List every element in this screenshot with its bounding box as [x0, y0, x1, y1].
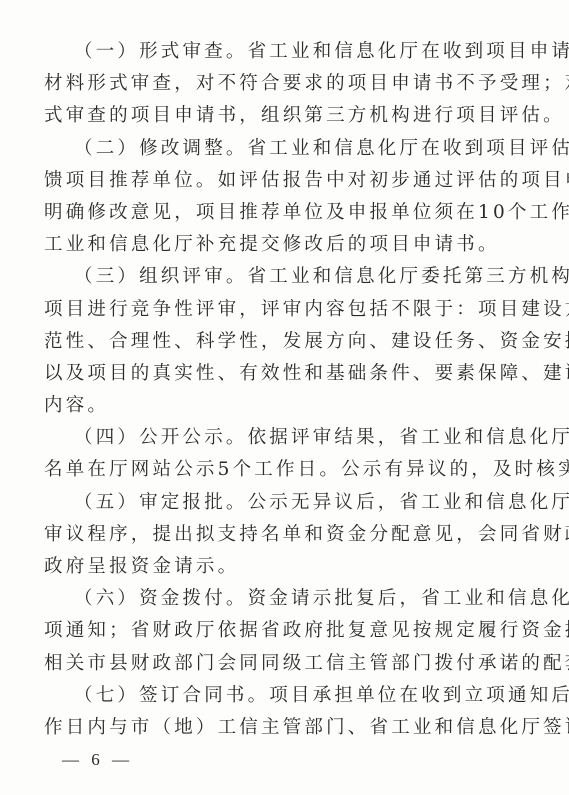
- paragraph-2-line: 工业和信息化厅补充提交修改后的项目申请书。: [44, 229, 510, 261]
- document-body: （一）形式审查。省工业和信息化厅在收到项目申请书后进行 材料形式审查，对不符合要…: [44, 36, 510, 744]
- paragraph-5-line: 政府呈报资金请示。: [44, 551, 510, 583]
- paragraph-2-heading-line: （二）修改调整。省工业和信息化厅在收到项目评估意见后反: [44, 133, 510, 165]
- paragraph-3-line: 项目进行竞争性评审，评审内容包括不限于：项目建设方案的规: [44, 294, 510, 326]
- paragraph-4-heading-line: （四）公开公示。依据评审结果，省工业和信息化厅将拟支持: [44, 422, 510, 454]
- paragraph-6-heading-line: （六）资金拨付。资金请示批复后，省工业和信息化厅下发立: [44, 583, 510, 615]
- paragraph-7-line: 作日内与市（地）工信主管部门、省工业和信息化厅签订三方项: [44, 712, 510, 744]
- paragraph-6-line: 相关市县财政部门会同同级工信主管部门拨付承诺的配套资金。: [44, 648, 510, 680]
- paragraph-3-line: 以及项目的真实性、有效性和基础条件、要素保障、建设进展等: [44, 358, 510, 390]
- paragraph-1-line: 材料形式审查，对不符合要求的项目申请书不予受理；对通过形: [44, 68, 510, 100]
- paragraph-5-heading-line: （五）审定报批。公示无异议后，省工业和信息化厅履行厅内: [44, 487, 510, 519]
- page-number: — 6 —: [62, 750, 133, 770]
- paragraph-6-line: 项通知；省财政厅依据省政府批复意见按规定履行资金拨付程序；: [44, 615, 510, 647]
- paragraph-2-line: 馈项目推荐单位。如评估报告中对初步通过评估的项目申请书有: [44, 165, 510, 197]
- paragraph-7-heading-line: （七）签订合同书。项目承担单位在收到立项通知后30个工: [44, 680, 510, 712]
- paragraph-3-heading-line: （三）组织评审。省工业和信息化厅委托第三方机构或专家对: [44, 261, 510, 293]
- document-page: （一）形式审查。省工业和信息化厅在收到项目申请书后进行 材料形式审查，对不符合要…: [0, 0, 569, 795]
- paragraph-2-line: 明确修改意见，项目推荐单位及申报单位须在10个工作日内向省: [44, 197, 510, 229]
- paragraph-3-line: 范性、合理性、科学性，发展方向、建设任务、资金安排等内容: [44, 326, 510, 358]
- paragraph-3-line: 内容。: [44, 390, 510, 422]
- paragraph-1-heading-line: （一）形式审查。省工业和信息化厅在收到项目申请书后进行: [44, 36, 510, 68]
- paragraph-5-line: 审议程序，提出拟支持名单和资金分配意见，会同省财政厅向省: [44, 519, 510, 551]
- paragraph-4-line: 名单在厅网站公示5个工作日。公示有异议的，及时核实处理。: [44, 454, 510, 486]
- paragraph-1-line: 式审查的项目申请书，组织第三方机构进行项目评估。: [44, 100, 510, 132]
